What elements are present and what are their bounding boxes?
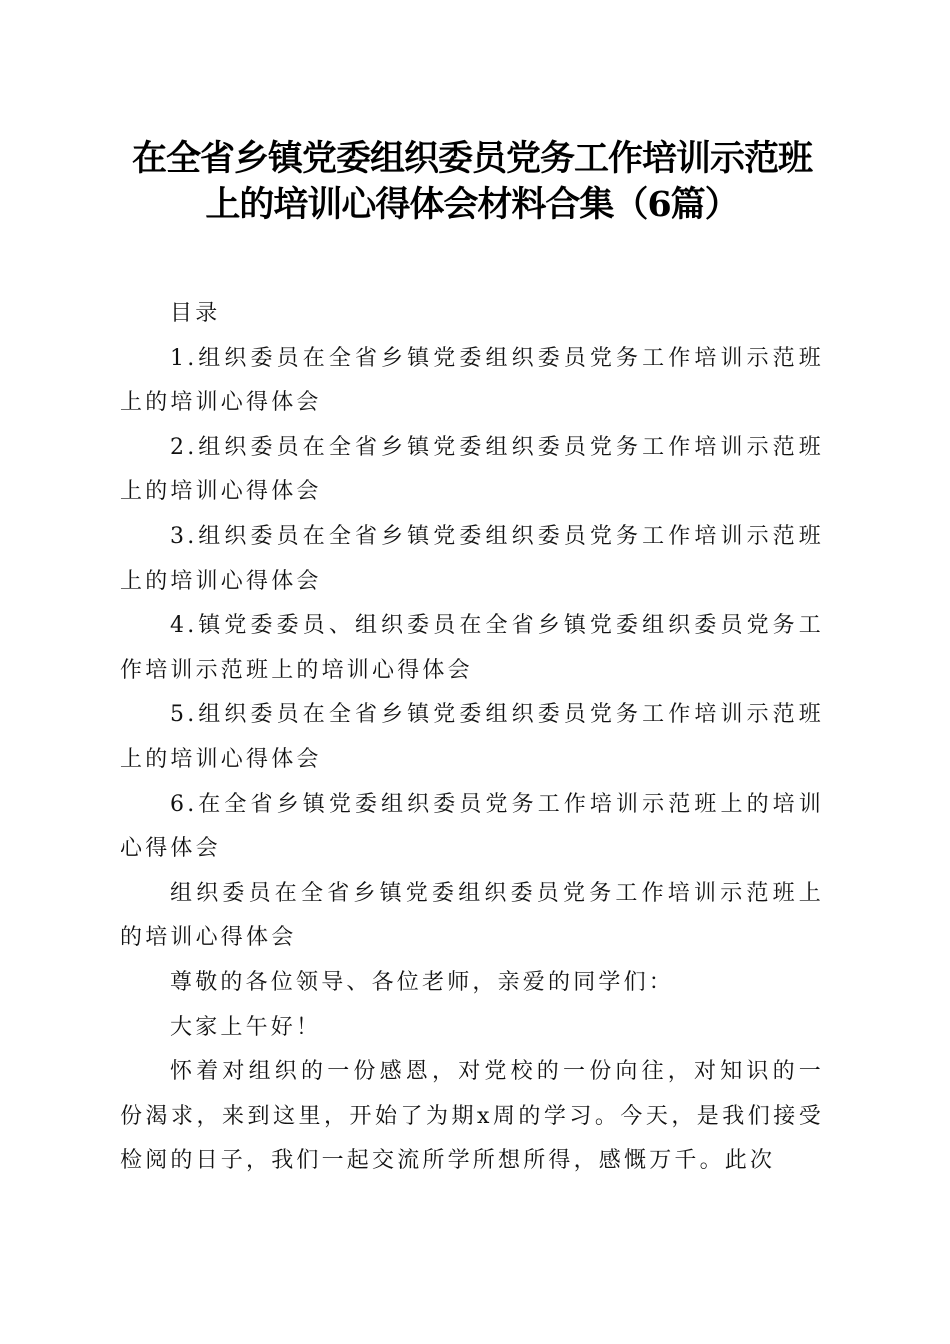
body-paragraph: 怀着对组织的一份感恩，对党校的一份向往，对知识的一份渴求，来到这里，开始了为期x… xyxy=(120,1050,824,1184)
toc-item-4: 4.镇党委委员、组织委员在全省乡镇党委组织委员党务工作培训示范班上的培训心得体会 xyxy=(120,604,824,693)
toc-item-6: 6.在全省乡镇党委组织委员党务工作培训示范班上的培训心得体会 xyxy=(120,783,824,872)
title-line-1: 在全省乡镇党委组织委员党务工作培训示范班 xyxy=(132,138,812,179)
toc-item-3: 3.组织委员在全省乡镇党委组织委员党务工作培训示范班上的培训心得体会 xyxy=(120,515,824,604)
toc-heading: 目录 xyxy=(120,292,824,337)
toc-item-2: 2.组织委员在全省乡镇党委组织委员党务工作培训示范班上的培训心得体会 xyxy=(120,426,824,515)
document-page: 在全省乡镇党委组织委员党务工作培训示范班 上的培训心得体会材料合集（6篇） 目录… xyxy=(120,136,824,1184)
document-title: 在全省乡镇党委组织委员党务工作培训示范班 上的培训心得体会材料合集（6篇） xyxy=(120,136,824,228)
toc-item-1: 1.组织委员在全省乡镇党委组织委员党务工作培训示范班上的培训心得体会 xyxy=(120,337,824,426)
toc-item-5: 5.组织委员在全省乡镇党委组织委员党务工作培训示范班上的培训心得体会 xyxy=(120,693,824,782)
title-line-2: 上的培训心得体会材料合集（6篇） xyxy=(205,184,738,225)
salutation: 尊敬的各位领导、各位老师，亲爱的同学们： xyxy=(120,961,824,1006)
document-body: 目录 1.组织委员在全省乡镇党委组织委员党务工作培训示范班上的培训心得体会 2.… xyxy=(120,292,824,1184)
section-title: 组织委员在全省乡镇党委组织委员党务工作培训示范班上的培训心得体会 xyxy=(120,872,824,961)
greeting: 大家上午好！ xyxy=(120,1006,824,1051)
